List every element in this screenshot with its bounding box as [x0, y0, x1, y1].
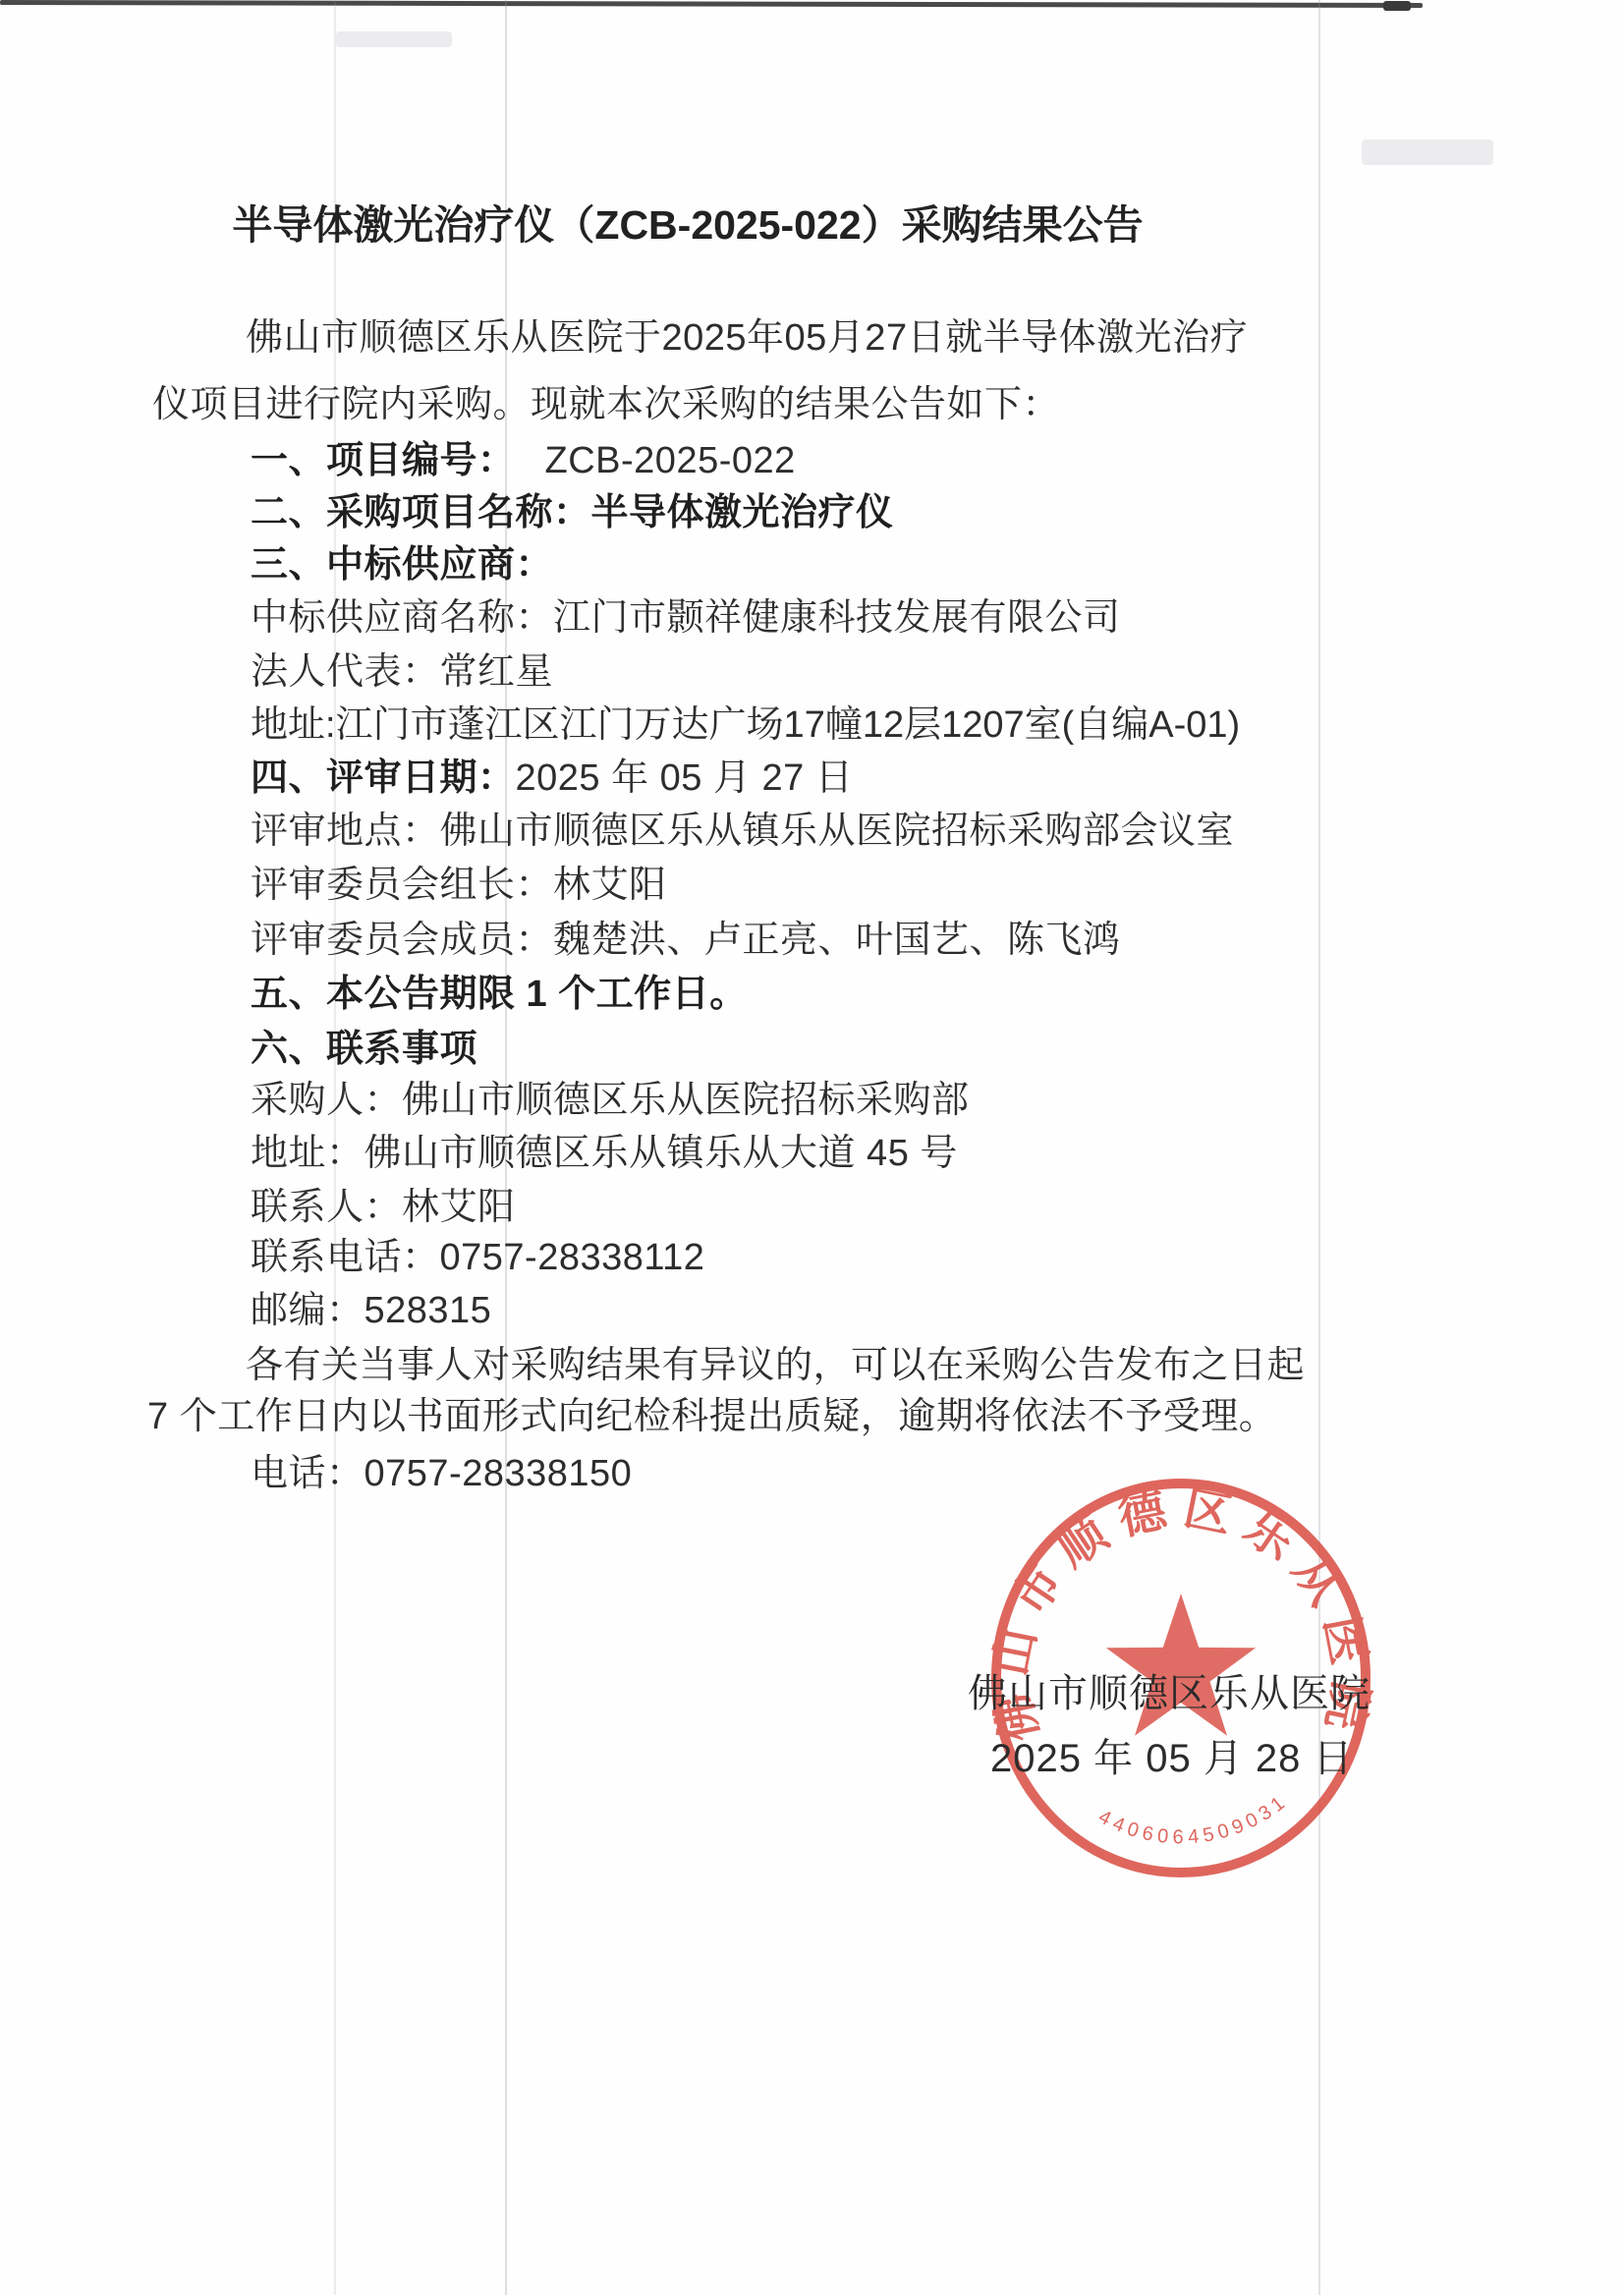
- purchaser-line: 采购人：佛山市顺德区乐从医院招标采购部: [251, 1079, 970, 1124]
- contact-person-line: 联系人：林艾阳: [251, 1186, 516, 1231]
- project-name-line: 二、采购项目名称：半导体激光治疗仪: [251, 491, 894, 536]
- postcode-line: 邮编：528315: [251, 1289, 491, 1334]
- project-number-value: ZCB-2025-022: [545, 440, 796, 481]
- announcement-period-line: 五、本公告期限 1 个工作日。: [251, 973, 748, 1018]
- paper-fold-line: [1318, 0, 1320, 2295]
- intro-line-1: 佛山市顺德区乐从医院于2025年05月27日就半导体激光治疗: [246, 316, 1248, 362]
- supplier-address-line: 地址:江门市蓬江区江门万达广场17幢12层1207室(自编A-01): [251, 703, 1240, 749]
- objection-line-2: 7 个工作日内以书面形式向纪检科提出质疑，逾期将依法不予受理。: [147, 1395, 1276, 1440]
- supplier-name-line: 中标供应商名称：江门市颢祥健康科技发展有限公司: [251, 596, 1121, 642]
- scan-edge-blob: [1383, 1, 1411, 11]
- legal-representative-line: 法人代表：常红星: [251, 650, 553, 696]
- scan-smudge: [336, 31, 452, 47]
- review-chair-line: 评审委员会组长：林艾阳: [251, 864, 667, 909]
- review-date-value: 2025 年 05 月 27 日: [516, 757, 854, 799]
- review-date-label: 四、评审日期：: [251, 757, 516, 799]
- project-number-label: 一、项目编号：: [251, 440, 516, 481]
- scan-edge-line: [0, 0, 1423, 8]
- review-date-line: 四、评审日期：2025 年 05 月 27 日: [251, 756, 853, 802]
- scanned-document-page: 半导体激光治疗仪（ZCB-2025-022）采购结果公告 佛山市顺德区乐从医院于…: [0, 0, 1624, 2295]
- scan-smudge: [1362, 140, 1493, 165]
- purchaser-address-line: 地址：佛山市顺德区乐从镇乐从大道 45 号: [251, 1132, 958, 1177]
- page-title: 半导体激光治疗仪（ZCB-2025-022）采购结果公告: [152, 201, 1223, 250]
- signature-organization: 佛山市顺德区乐从医院: [968, 1662, 1371, 1718]
- project-number-line: 一、项目编号：ZCB-2025-022: [251, 439, 796, 484]
- objection-line-1: 各有关当事人对采购结果有异议的，可以在采购公告发布之日起: [246, 1344, 1305, 1389]
- signature-date: 2025 年 05 月 28 日: [990, 1727, 1354, 1783]
- winning-supplier-heading: 三、中标供应商：: [251, 543, 553, 588]
- objection-phone-line: 电话：0757-28338150: [251, 1452, 632, 1497]
- contact-phone-line: 联系电话：0757-28338112: [251, 1236, 704, 1281]
- review-members-line: 评审委员会成员：魏楚洪、卢正亮、叶国艺、陈飞鸿: [251, 919, 1121, 964]
- intro-line-2: 仪项目进行院内采购。现就本次采购的结果公告如下：: [152, 383, 1060, 428]
- review-location-line: 评审地点：佛山市顺德区乐从镇乐从医院招标采购部会议室: [251, 810, 1234, 855]
- contact-matters-heading: 六、联系事项: [251, 1028, 477, 1073]
